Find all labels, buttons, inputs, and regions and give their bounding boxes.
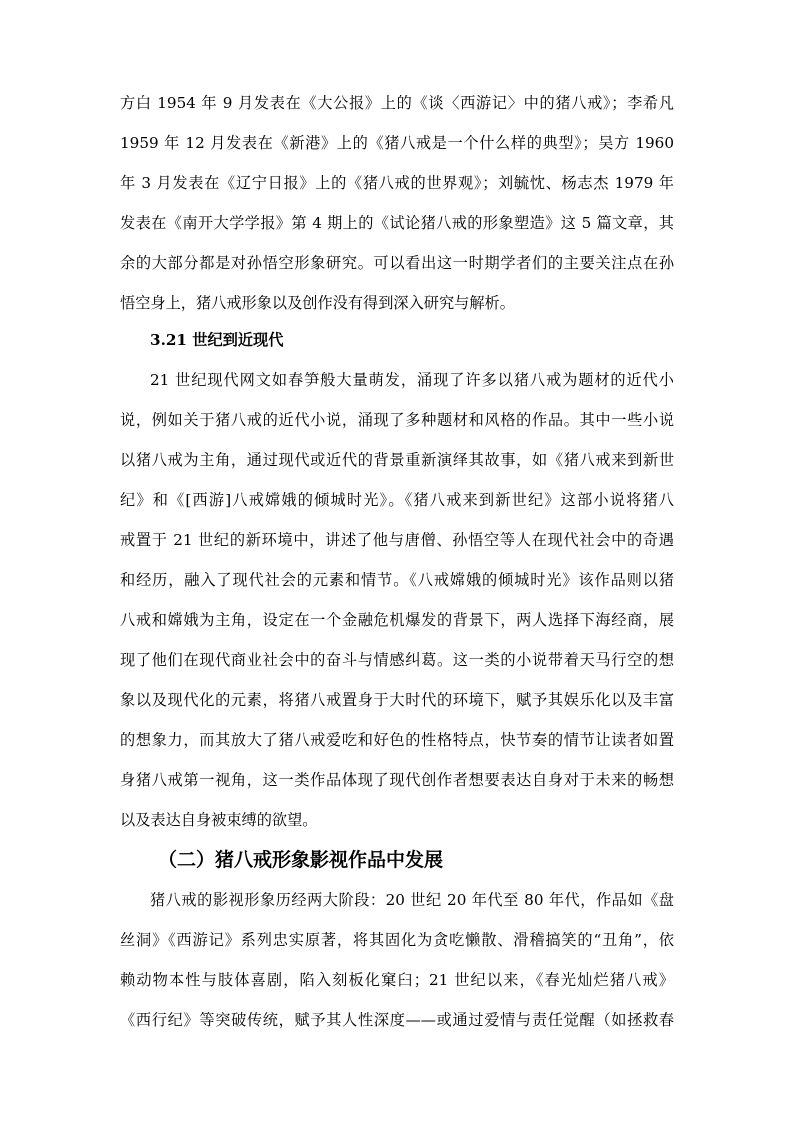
section-heading-21st-century: 3.21 世纪到近现代: [150, 330, 283, 350]
text-line: 象以及现代化的元素，将猪八戒置身于大时代的环境下，赋予其娱乐化以及丰富: [120, 690, 674, 710]
document-page: 方白 1954 年 9 月发表在《大公报》上的《谈〈西游记〉中的猪八戒》；李希凡…: [0, 0, 793, 1122]
text-line: 余的大部分都是对孙悟空形象研究。可以看出这一时期学者们的主要关注点在孙: [120, 253, 674, 273]
text-line: 发表在《南开大学学报》第 4 期上的《试论猪八戒的形象塑造》这 5 篇文章，其: [120, 213, 674, 233]
text-line: 1959 年 12 月发表在《新港》上的《猪八戒是一个什么样的典型》；吴方 19…: [120, 133, 674, 153]
section-heading-film-tv: （二）猪八戒形象影视作品中发展: [158, 848, 443, 872]
text-line: 年 3 月发表在《辽宁日报》上的《猪八戒的世界观》；刘毓忱、杨志杰 1979 年: [120, 173, 674, 193]
text-line: 悟空身上，猪八戒形象以及创作没有得到深入研究与解析。: [120, 293, 674, 313]
text-line: 纪》和《[西游]八戒嫦娥的倾城时光》。《猪八戒来到新世纪》这部小说将猪八: [120, 490, 674, 510]
text-line: 丝洞》《西游记》系列忠实原著，将其固化为贪吃懒散、滑稽搞笑的“丑角”，依: [120, 930, 674, 950]
text-line: 赖动物本性与肢体喜剧，陷入刻板化窠臼；21 世纪以来，《春光灿烂猪八戒》: [120, 970, 674, 990]
text-line: 方白 1954 年 9 月发表在《大公报》上的《谈〈西游记〉中的猪八戒》；李希凡: [120, 93, 674, 113]
text-line: 21 世纪现代网文如春笋般大量萌发，涌现了许多以猪八戒为题材的近代小: [150, 370, 674, 390]
text-line: 说，例如关于猪八戒的近代小说，涌现了多种题材和风格的作品。其中一些小说: [120, 410, 674, 430]
text-line: 和经历，融入了现代社会的元素和情节。《八戒嫦娥的倾城时光》该作品则以猪: [120, 570, 674, 590]
text-line: 猪八戒的影视形象历经两大阶段：20 世纪 20 年代至 80 年代，作品如《盘: [150, 890, 674, 910]
text-line: 现了他们在现代商业社会中的奋斗与情感纠葛。这一类的小说带着天马行空的想: [120, 650, 674, 670]
text-line: 的想象力，而其放大了猪八戒爱吃和好色的性格特点，快节奏的情节让读者如置: [120, 730, 674, 750]
text-line: 以猪八戒为主角，通过现代或近代的背景重新演绎其故事，如《猪八戒来到新世: [120, 450, 674, 470]
text-line: 以及表达自身被束缚的欲望。: [120, 810, 674, 830]
text-line: 《西行纪》等突破传统，赋予其人性深度——或通过爱情与责任觉醒（如拯救春: [120, 1010, 674, 1030]
text-line: 戒置于 21 世纪的新环境中，讲述了他与唐僧、孙悟空等人在现代社会中的奇遇: [120, 530, 674, 550]
text-line: 八戒和嫦娥为主角，设定在一个金融危机爆发的背景下，两人选择下海经商，展: [120, 610, 674, 630]
text-line: 身猪八戒第一视角，这一类作品体现了现代创作者想要表达自身对于未来的畅想: [120, 770, 674, 790]
